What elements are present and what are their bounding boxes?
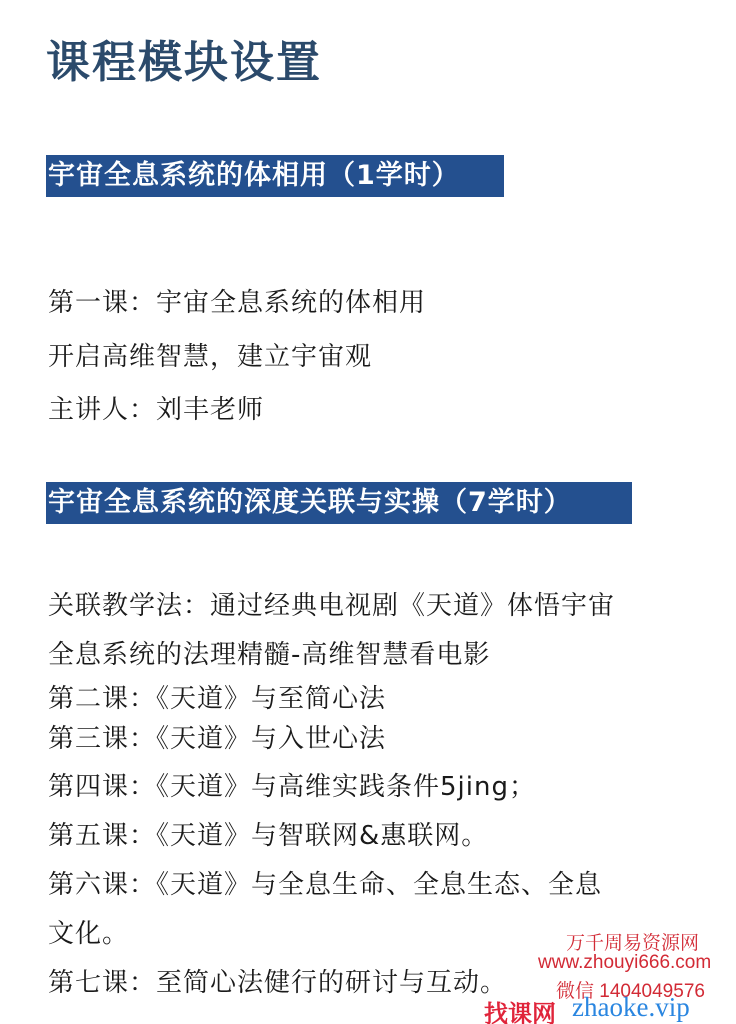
watermark-url: www.zhouyi666.com <box>538 952 711 974</box>
method-line: 关联教学法：通过经典电视剧《天道》体悟宇宙 <box>48 585 615 622</box>
lesson-line: 第四课：《天道》与高维实践条件5jing； <box>48 766 536 803</box>
lesson-line: 第六课：《天道》与全息生命、全息生态、全息 <box>48 864 602 901</box>
watermark-brand-url: zhaoke.vip <box>572 992 690 1023</box>
lecturer-line: 主讲人：刘丰老师 <box>48 389 264 426</box>
lesson-line: 第二课：《天道》与至简心法 <box>48 678 386 715</box>
lesson-subtitle: 开启高维智慧，建立宇宙观 <box>48 336 372 373</box>
section-heading-2: 宇宙全息系统的深度关联与实操（7学时） <box>46 482 632 524</box>
lesson-line: 第五课：《天道》与智联网&惠联网。 <box>48 815 488 852</box>
method-line-cont: 全息系统的法理精髓-高维智慧看电影 <box>48 634 490 671</box>
watermark-site-name: 万千周易资源网 <box>566 928 699 955</box>
lesson-line: 第一课：宇宙全息系统的体相用 <box>48 282 426 319</box>
page-title: 课程模块设置 <box>46 26 322 90</box>
lesson-line: 第三课：《天道》与入世心法 <box>48 718 386 755</box>
lesson-line: 第七课：至简心法健行的研讨与互动。 <box>48 962 507 999</box>
section-heading-1: 宇宙全息系统的体相用（1学时） <box>46 155 504 197</box>
watermark-brand-cn: 找课网 <box>484 994 556 1024</box>
lesson-line-cont: 文化。 <box>48 913 129 950</box>
